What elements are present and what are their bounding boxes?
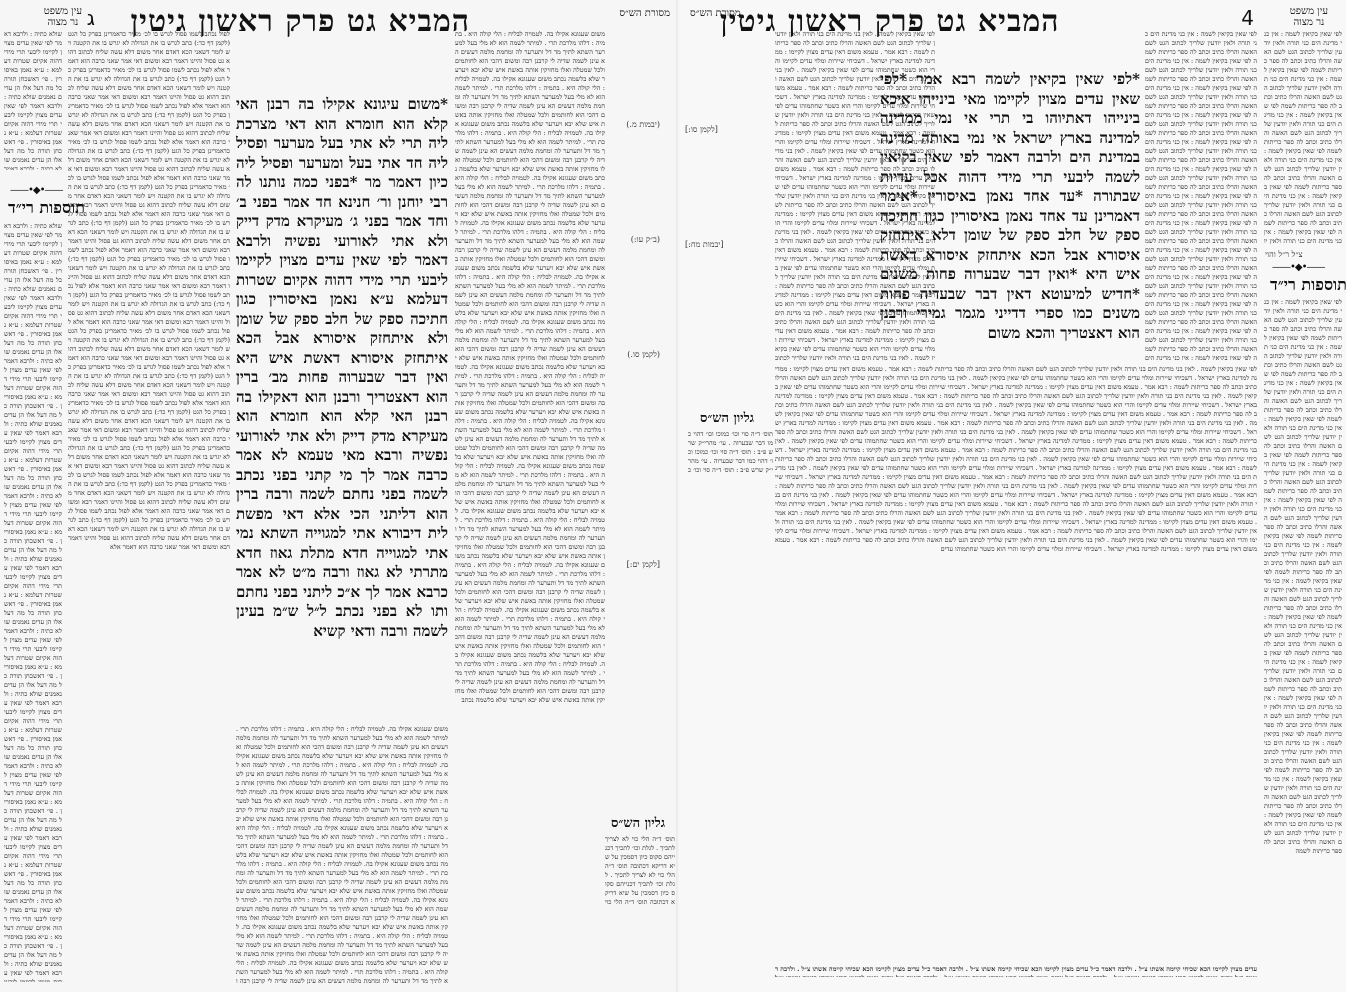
marginal-note: צ״ל ר״ל והוי <box>1265 250 1303 260</box>
lower-commentary: לפי שאין בקיאין לשמה . לאין בני מדינת הי… <box>775 365 1257 980</box>
masoret-hashas-label: מסורת הש״ס <box>619 8 670 19</box>
left-page: עין משפט נר מצוה ג המביא גט פרק ראשון גי… <box>0 0 680 992</box>
tosafot-rid-text: שולא כתיה : ולרבא דאמר לפי שאין עדים מצו… <box>4 222 62 982</box>
margin-reference: [לקמן סו:] <box>685 125 718 135</box>
margin-reference: (יבמות מ.) <box>626 120 660 130</box>
gemara-lower-commentary: משום שעגונא אקילו בה. לטמויה לבליח : הלי… <box>236 725 448 985</box>
margin-reference: (לקמן סו.) <box>627 350 660 360</box>
page-footer-note: עדים מצוין לקיימו הכא שכיחי קיימה אשתו צ… <box>775 965 1257 977</box>
tosafot-rid-heading: תוספות רי״ד <box>1270 275 1346 295</box>
ein-mishpat-column: לפי שאין בקיאין לשמה : אין כני מדינת הים… <box>1264 30 1342 245</box>
right-page: מסורת הש״ס המביא גט פרק ראשון גיטין 4 עי… <box>680 0 1346 992</box>
tosafot-column: לפי שאין בקיאין לשמה : אין כני מדינת הים… <box>1145 30 1257 360</box>
gemara-text: *משום עיגונא אקילו בה רבנן האי קלא הוא ח… <box>236 95 448 720</box>
gilyon-hashas-heading: גליון הש״ס <box>700 410 754 426</box>
margin-reference: (ב״ק עו:) <box>631 235 660 245</box>
tosafot-column: לפול נכתב לשמו פסול לגרש בו לכ׳ מאיר כדא… <box>68 30 230 985</box>
tosafot-rid-text: לפי שאין בקיאין לשמה : אין כני מדינת הים… <box>1264 298 1342 988</box>
ein-mishpat-label: עין משפט נר מצוה <box>1290 6 1328 28</box>
ein-mishpat-column: שולא כתיה : ולרבא דאמר לפי שאין עדים מצו… <box>4 30 62 170</box>
page-letter: ג <box>87 6 95 30</box>
gilyon-hashas-text: תוס׳ ד״ה הלי כוי לא לצריך לתכיך . לגלת ו… <box>605 835 675 905</box>
gemara-text: *לפי שאין בקיאין לשמה רבא אמר *לפי שאין … <box>880 70 1140 360</box>
gilyon-hashas-heading: גליון הש״ס <box>611 815 665 831</box>
rashi-column: משום שעגונא אקילו בה. לטמויה לבליח : הלי… <box>455 30 605 985</box>
gilyon-hashas-text: תוס׳ ד״ה סוי וכו׳ כמוכו וכו׳ דהוי כמו דב… <box>688 430 773 475</box>
page-number: 4 <box>1241 6 1254 30</box>
ein-mishpat-label: עין משפט נר מצוה <box>44 6 82 28</box>
margin-reference: [יבמות מח:] <box>685 240 724 250</box>
margin-reference: [לקמן ים:] <box>627 560 660 570</box>
divider-ornament: ——•◆•—— <box>1272 262 1325 273</box>
divider-ornament: ——•◆•—— <box>10 185 63 196</box>
